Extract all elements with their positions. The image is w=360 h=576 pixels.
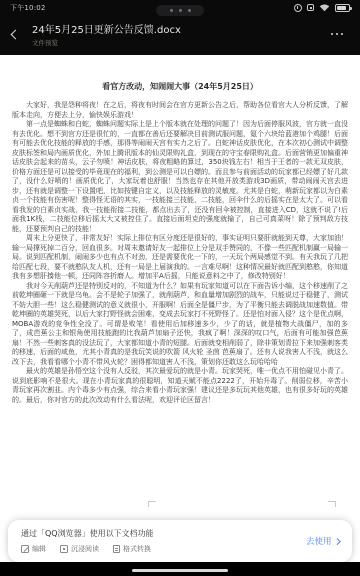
bottom-bar bbox=[0, 562, 360, 576]
back-button[interactable] bbox=[12, 22, 30, 46]
chevron-right-icon bbox=[334, 538, 340, 544]
doc-paragraph: 第一点是蜘蛛和白蛇，蜘蛛问题实际上是上个版本就在处理的问题了！因为后面停服风波，… bbox=[12, 120, 348, 234]
title-bar: 24年5月25日更新公告反馈.docx 文件预览 bbox=[0, 16, 360, 52]
home-indicator[interactable] bbox=[132, 569, 228, 573]
page-mark-right bbox=[328, 501, 336, 507]
promo-title: 通过「QQ浏览器」使用以下文档功能 bbox=[21, 528, 154, 539]
feature-convert-label: 格式转换 bbox=[123, 544, 151, 554]
alarm-icon bbox=[307, 4, 314, 11]
status-bar: 下午10:02 bbox=[0, 0, 360, 15]
page-mark-left bbox=[148, 501, 156, 507]
feature-format-convert[interactable]: 格式转换 bbox=[113, 544, 151, 554]
promo-left: 通过「QQ浏览器」使用以下文档功能 编辑 沉浸阅读 格式转换 bbox=[21, 528, 154, 554]
more-menu-button[interactable] bbox=[326, 23, 348, 45]
feature-edit[interactable]: 编辑 bbox=[21, 544, 46, 554]
doc-body: 大家好，我是怨种将夜！在之后，将夜有时间会在官方更新公告之后，帮助各位看官大人分… bbox=[12, 101, 348, 405]
doc-paragraph: 最火的英雄是孙悟空这个没有人反驳，其次最爱玩的就是小青。玩家哭死，唯一优点不用怕… bbox=[12, 367, 348, 405]
doc-paragraph: 周末上分更快了，非常友好！实际上排位有区分度还是很好的，事实证明只要肝就能到天尊… bbox=[12, 234, 348, 282]
document-title: 24年5月25日更新公告反馈.docx bbox=[32, 21, 181, 36]
doc-content: 看官方改动，知闹闹大事（24年5月25日） 大家好，我是怨种将夜！在之后，将夜有… bbox=[0, 55, 360, 405]
reader-icon bbox=[60, 545, 68, 553]
doc-paragraph: 大家好，我是怨种将夜！在之后，将夜有时间会在官方更新公告之后，帮助各位看官大人分… bbox=[12, 101, 348, 120]
status-icons bbox=[294, 3, 350, 12]
convert-icon bbox=[113, 545, 120, 554]
title-group: 24年5月25日更新公告反馈.docx 文件预览 bbox=[32, 21, 181, 47]
qq-browser-promo-card: 通过「QQ浏览器」使用以下文档功能 编辑 沉浸阅读 格式转换 去使用 bbox=[8, 520, 352, 562]
document-subtitle: 文件预览 bbox=[32, 38, 181, 47]
feature-reading-label: 沉浸阅读 bbox=[71, 544, 99, 554]
go-use-label: 去使用 bbox=[306, 535, 332, 547]
feature-immersive-reading[interactable]: 沉浸阅读 bbox=[60, 544, 99, 554]
clock-icon bbox=[294, 4, 302, 12]
edit-icon bbox=[21, 545, 29, 553]
doc-heading: 看官方改动，知闹闹大事（24年5月25日） bbox=[12, 81, 348, 92]
app-screen: 下午10:02 24年5月25日更新公告反馈.docx 文件预览 看官方改动，知… bbox=[0, 0, 360, 576]
camera-notch-pill bbox=[156, 5, 204, 16]
promo-features: 编辑 沉浸阅读 格式转换 bbox=[21, 544, 154, 554]
battery-icon bbox=[335, 4, 350, 12]
go-use-button[interactable]: 去使用 bbox=[306, 535, 339, 547]
feature-edit-label: 编辑 bbox=[32, 544, 46, 554]
status-time: 下午10:02 bbox=[10, 3, 46, 13]
doc-paragraph: 我对今天削葫芦还是特别反对的，不知道为什么？如果有玩家知道可以在下面告诉小编，这… bbox=[12, 282, 348, 368]
wifi-icon bbox=[319, 3, 330, 12]
back-chevron-icon bbox=[11, 29, 21, 39]
document-page[interactable]: 看官方改动，知闹闹大事（24年5月25日） 大家好，我是怨种将夜！在之后，将夜有… bbox=[0, 55, 360, 562]
